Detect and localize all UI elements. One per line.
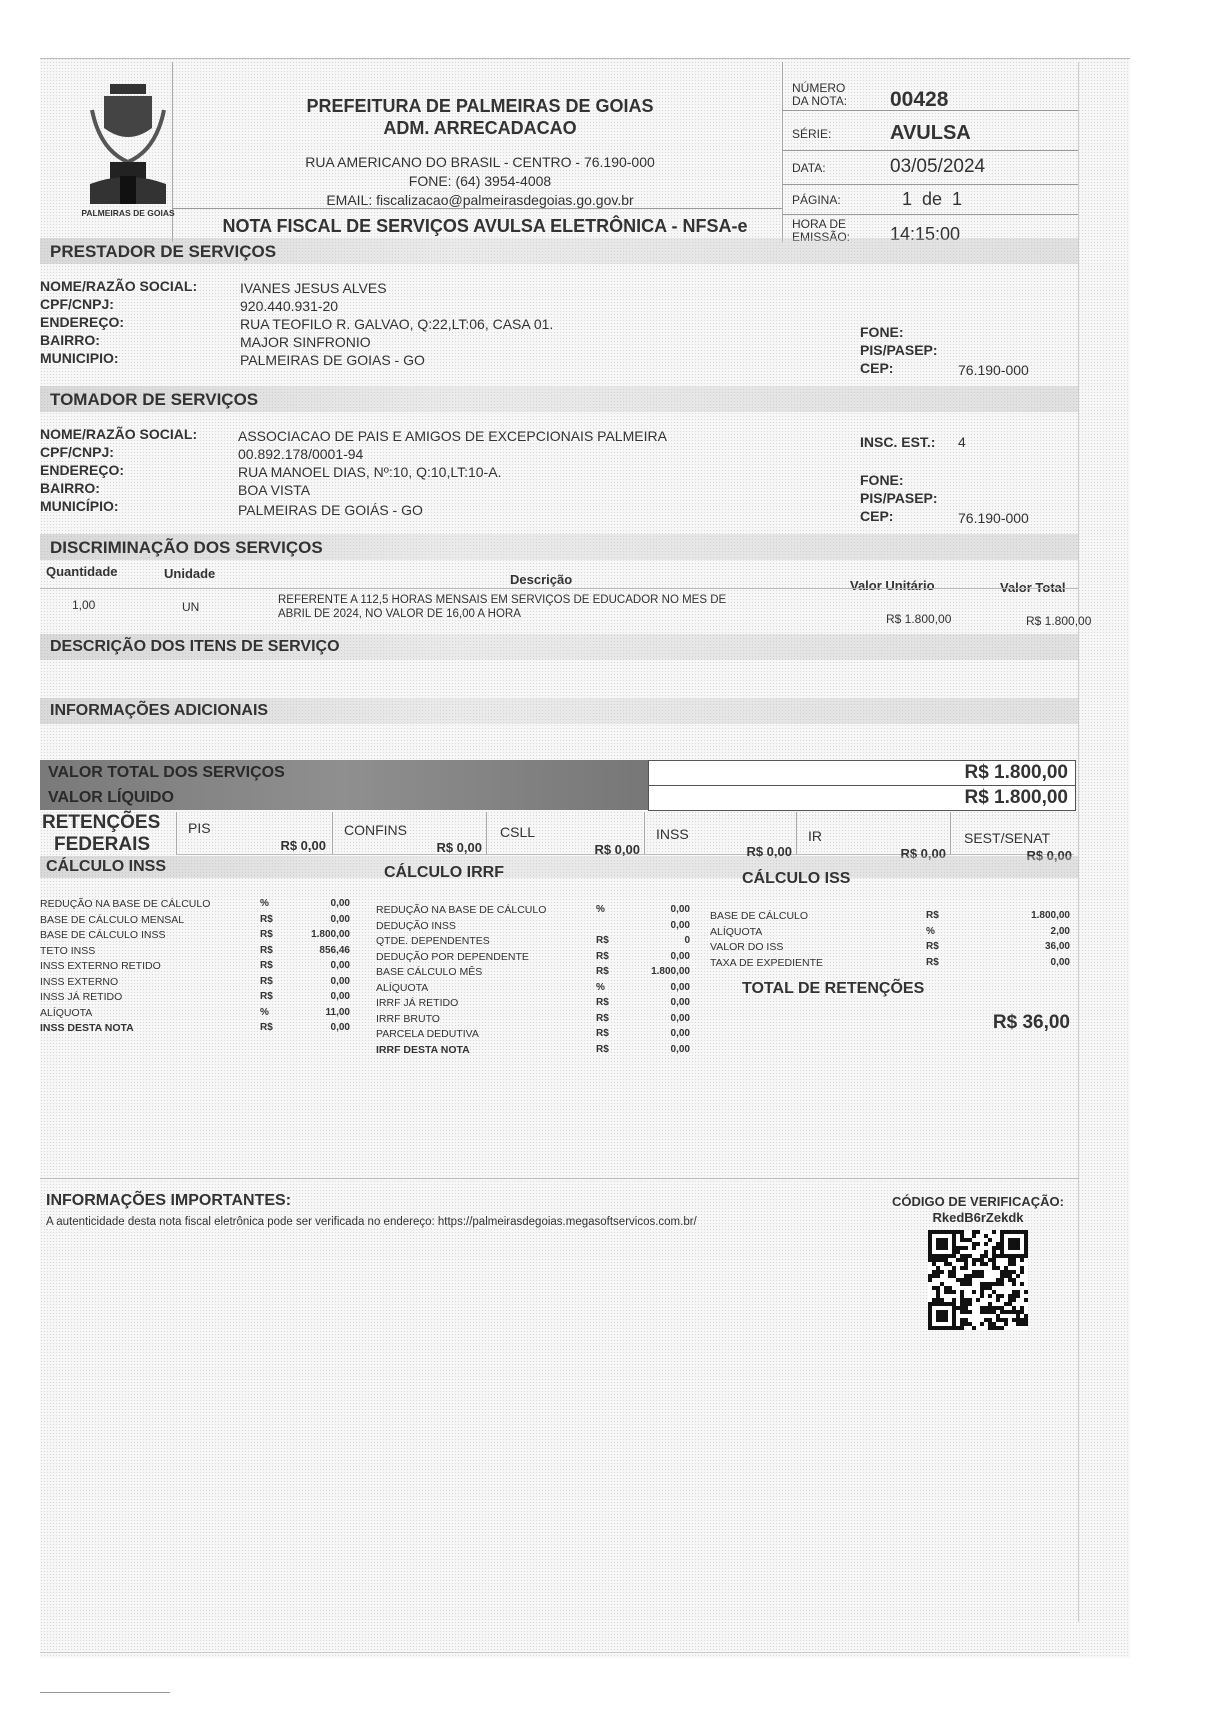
calc-row-label: VALOR DO ISS xyxy=(710,941,783,953)
calc-row-value: 11,00 xyxy=(270,1007,350,1018)
tomador-endereco: RUA MANOEL DIAS, Nº:10, Q:10,LT:10-A. xyxy=(238,464,501,480)
calc-row-value: 0,00 xyxy=(610,1013,690,1024)
prestador-nome: IVANES JESUS ALVES xyxy=(240,280,387,296)
page-indicator: 1 de 1 xyxy=(902,189,962,210)
ret-pis-label: PIS xyxy=(188,820,211,836)
prestador-label-endereco: ENDEREÇO: xyxy=(40,314,124,330)
coat-of-arms-icon xyxy=(82,80,174,210)
servicos-title: DISCRIMINAÇÃO DOS SERVIÇOS xyxy=(50,538,323,558)
calc-row-label: ALÍQUOTA xyxy=(710,926,762,938)
col-unidade: Unidade xyxy=(164,566,215,581)
calc-row-label: INSS JÁ RETIDO xyxy=(40,991,122,1003)
calc-row-label: DEDUÇÃO POR DEPENDENTE xyxy=(376,951,529,963)
ret-ir-label: IR xyxy=(808,828,822,844)
tomador-cpf: 00.892.178/0001-94 xyxy=(238,446,363,462)
prestador-cep-label: CEP: xyxy=(860,360,893,376)
coat-of-arms-logo: PALMEIRAS DE GOIAS xyxy=(82,80,174,230)
info-adicionais-title: INFORMAÇÕES ADICIONAIS xyxy=(50,702,268,720)
tomador-label-nome: NOME/RAZÃO SOCIAL: xyxy=(40,426,197,442)
calc-row-unit: R$ xyxy=(596,1028,609,1039)
ret-confins-value: R$ 0,00 xyxy=(336,840,482,855)
calc-row-unit: R$ xyxy=(596,997,609,1008)
calc-row-value: 0,00 xyxy=(610,1044,690,1055)
data-label: DATA: xyxy=(792,161,826,175)
calc-row-value: 856,46 xyxy=(270,945,350,956)
calc-row-label: INSS EXTERNO RETIDO xyxy=(40,960,161,972)
tomador-fone-label: FONE: xyxy=(860,472,904,488)
org-phone: FONE: (64) 3954-4008 xyxy=(210,173,750,189)
calc-row-value: 1.800,00 xyxy=(610,966,690,977)
tomador-label-endereco: ENDEREÇO: xyxy=(40,462,124,478)
calc-row-unit: R$ xyxy=(596,951,609,962)
row-valor-unitario: R$ 1.800,00 xyxy=(886,612,951,626)
calc-row-unit: R$ xyxy=(596,966,609,977)
prestador-label-nome: NOME/RAZÃO SOCIAL: xyxy=(40,278,197,294)
info-importantes-text: A autenticidade desta nota fiscal eletrô… xyxy=(46,1216,697,1228)
valor-total: R$ 1.800,00 xyxy=(648,762,1068,784)
org-address: RUA AMERICANO DO BRASIL - CENTRO - 76.19… xyxy=(210,154,750,170)
tomador-cep: 76.190-000 xyxy=(958,510,1029,526)
calc-row-label: TETO INSS xyxy=(40,945,95,957)
calculo-iss-title: CÁLCULO ISS xyxy=(742,870,850,888)
calc-row-label: PARCELA DEDUTIVA xyxy=(376,1028,479,1040)
calc-row-label: ALÍQUOTA xyxy=(376,982,428,994)
prestador-bairro: MAJOR SINFRONIO xyxy=(240,334,371,350)
tomador-nome: ASSOCIACAO DE PAIS E AMIGOS DE EXCEPCION… xyxy=(238,428,667,444)
valor-liquido: R$ 1.800,00 xyxy=(648,787,1068,809)
calc-row-label: IRRF DESTA NOTA xyxy=(376,1044,470,1056)
calc-row-label: INSS EXTERNO xyxy=(40,976,118,988)
prestador-municipio: PALMEIRAS DE GOIAS - GO xyxy=(240,352,425,368)
calc-row-value: 0,00 xyxy=(270,991,350,1002)
valor-liquido-label: VALOR LÍQUIDO xyxy=(48,789,174,807)
tomador-insc-label: INSC. EST.: xyxy=(860,434,935,450)
retencoes-title-l2: FEDERAIS xyxy=(54,834,150,856)
calc-row-value: 0,00 xyxy=(610,997,690,1008)
logo-caption: PALMEIRAS DE GOIAS xyxy=(76,208,180,218)
calc-row-value: 0,00 xyxy=(270,976,350,987)
prestador-label-bairro: BAIRRO: xyxy=(40,332,100,348)
row-descricao-line2: ABRIL DE 2024, NO VALOR DE 16,00 A HORA xyxy=(278,608,521,620)
calc-row-label: REDUÇÃO NA BASE DE CÁLCULO xyxy=(376,904,546,916)
invoice-page: PALMEIRAS DE GOIAS PREFEITURA DE PALMEIR… xyxy=(40,58,1130,1658)
valor-total-label: VALOR TOTAL DOS SERVIÇOS xyxy=(48,764,285,782)
ret-csll-value: R$ 0,00 xyxy=(490,842,640,857)
codigo-verificacao-label: CÓDIGO DE VERIFICAÇÃO: xyxy=(878,1194,1078,1209)
calc-row-value: 0,00 xyxy=(270,1022,350,1033)
tomador-label-bairro: BAIRRO: xyxy=(40,480,100,496)
invoice-number: 00428 xyxy=(890,88,948,112)
total-retencoes-label: TOTAL DE RETENÇÕES xyxy=(742,980,924,998)
prestador-title: PRESTADOR DE SERVIÇOS xyxy=(50,242,276,262)
col-valor-unitario: Valor Unitário xyxy=(850,578,935,593)
calculo-irrf-title: CÁLCULO IRRF xyxy=(384,864,504,882)
row-unidade: UN xyxy=(182,600,199,614)
calc-row-unit: % xyxy=(260,1007,269,1018)
calc-row-label: IRRF BRUTO xyxy=(376,1013,440,1025)
tomador-cep-label: CEP: xyxy=(860,508,893,524)
calc-row-value: 0,00 xyxy=(990,957,1070,968)
invoice-serie: AVULSA xyxy=(890,122,971,145)
prestador-endereco: RUA TEOFILO R. GALVAO, Q:22,LT:06, CASA … xyxy=(240,316,553,332)
total-retencoes-value: R$ 36,00 xyxy=(880,1012,1070,1034)
tomador-bairro: BOA VISTA xyxy=(238,482,310,498)
calc-row-unit: R$ xyxy=(926,957,939,968)
invoice-date: 03/05/2024 xyxy=(890,156,985,178)
calc-row-value: 36,00 xyxy=(990,941,1070,952)
tomador-label-municipio: MUNICÍPIO: xyxy=(40,498,119,514)
document-title: NOTA FISCAL DE SERVIÇOS AVULSA ELETRÔNIC… xyxy=(190,216,780,237)
calc-row-unit: % xyxy=(596,904,605,915)
calc-row-value: 0,00 xyxy=(610,904,690,915)
calc-row-label: BASE DE CÁLCULO MENSAL xyxy=(40,914,184,926)
calc-row-value: 1.800,00 xyxy=(270,929,350,940)
org-email: EMAIL: fiscalizacao@palmeirasdegoias.go.… xyxy=(210,192,750,208)
calc-row-label: TAXA DE EXPEDIENTE xyxy=(710,957,823,969)
serie-label: SÉRIE: xyxy=(792,127,831,141)
prestador-pis-label: PIS/PASEP: xyxy=(860,342,938,358)
calc-row-unit: R$ xyxy=(926,941,939,952)
ret-inss-label: INSS xyxy=(656,826,689,842)
calc-row-unit: R$ xyxy=(596,1044,609,1055)
calc-row-label: ALÍQUOTA xyxy=(40,1007,92,1019)
tomador-title: TOMADOR DE SERVIÇOS xyxy=(50,390,258,410)
calc-row-unit: R$ xyxy=(596,935,609,946)
calc-row-unit: R$ xyxy=(926,910,939,921)
calc-row-unit: % xyxy=(926,926,935,937)
calc-row-label: QTDE. DEPENDENTES xyxy=(376,935,490,947)
tomador-pis-label: PIS/PASEP: xyxy=(860,490,938,506)
calc-row-label: IRRF JÁ RETIDO xyxy=(376,997,458,1009)
calc-row-value: 0,00 xyxy=(270,898,350,909)
prestador-cep: 76.190-000 xyxy=(958,362,1029,378)
tomador-municipio: PALMEIRAS DE GOIÁS - GO xyxy=(238,502,423,518)
calc-row-unit: % xyxy=(596,982,605,993)
row-descricao-line1: REFERENTE A 112,5 HORAS MENSAIS EM SERVI… xyxy=(278,594,726,606)
prestador-fone-label: FONE: xyxy=(860,324,904,340)
calculo-inss-title: CÁLCULO INSS xyxy=(46,858,166,876)
tomador-insc: 4 xyxy=(958,434,966,450)
calc-row-value: 0,00 xyxy=(270,914,350,925)
calc-row-label: BASE DE CÁLCULO INSS xyxy=(40,929,165,941)
calc-row-value: 0 xyxy=(610,935,690,946)
prestador-cpf: 920.440.931-20 xyxy=(240,298,338,314)
ret-sest-label: SEST/SENAT xyxy=(964,830,1050,846)
calc-row-unit: % xyxy=(260,898,269,909)
calc-row-label: DEDUÇÃO INSS xyxy=(376,920,456,932)
prestador-label-municipio: MUNICIPIO: xyxy=(40,350,119,366)
calc-row-label: BASE CÁLCULO MÊS xyxy=(376,966,482,978)
pagina-label: PÁGINA: xyxy=(792,193,841,207)
ret-csll-label: CSLL xyxy=(500,824,535,840)
calc-row-value: 0,00 xyxy=(610,1028,690,1039)
calc-row-label: BASE DE CÁLCULO xyxy=(710,910,808,922)
calc-row-label: REDUÇÃO NA BASE DE CÁLCULO xyxy=(40,898,210,910)
numero-label: NÚMERO DA NOTA: xyxy=(792,82,862,108)
prestador-label-cpf: CPF/CNPJ: xyxy=(40,296,114,312)
calc-row-value: 0,00 xyxy=(610,982,690,993)
tomador-label-cpf: CPF/CNPJ: xyxy=(40,444,114,460)
org-name: PREFEITURA DE PALMEIRAS DE GOIAS xyxy=(210,96,750,117)
row-valor-total: R$ 1.800,00 xyxy=(1026,614,1091,628)
calc-row-value: 1.800,00 xyxy=(990,910,1070,921)
ret-confins-label: CONFINS xyxy=(344,822,407,838)
info-importantes-title: INFORMAÇÕES IMPORTANTES: xyxy=(46,1192,291,1210)
calc-row-unit: R$ xyxy=(596,1013,609,1024)
calc-row-value: 0,00 xyxy=(610,951,690,962)
qr-code-icon xyxy=(928,1230,1028,1330)
calc-row-value: 0,00 xyxy=(270,960,350,971)
itens-title: DESCRIÇÃO DOS ITENS DE SERVIÇO xyxy=(50,638,340,656)
department: ADM. ARRECADACAO xyxy=(210,118,750,139)
codigo-verificacao: RkedB6rZekdk xyxy=(878,1210,1078,1225)
col-quantidade: Quantidade xyxy=(46,564,118,579)
calc-row-value: 2,00 xyxy=(990,926,1070,937)
retencoes-title-l1: RETENÇÕES xyxy=(42,812,160,834)
ret-pis-value: R$ 0,00 xyxy=(180,838,326,853)
row-quantidade: 1,00 xyxy=(72,598,95,612)
calc-row-value: 0,00 xyxy=(610,920,690,931)
col-descricao: Descrição xyxy=(510,572,572,587)
calc-row-label: INSS DESTA NOTA xyxy=(40,1022,134,1034)
